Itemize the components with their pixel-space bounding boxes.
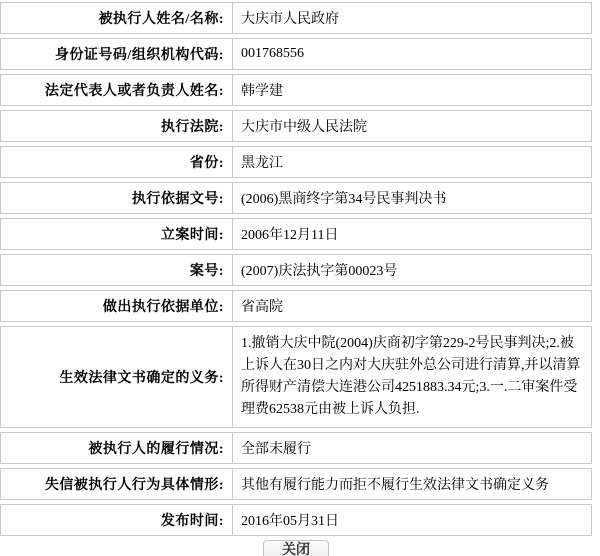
table-row: 被执行人的履行情况: 全部未履行 (0, 432, 592, 464)
table-row: 执行法院: 大庆市中级人民法院 (0, 110, 592, 142)
row-label: 被执行人的履行情况: (1, 433, 233, 463)
table-row: 执行依据文号: (2006)黑商终字第34号民事判决书 (0, 182, 592, 214)
table-row: 做出执行依据单位: 省高院 (0, 290, 592, 322)
row-value: 大庆市人民政府 (233, 3, 591, 33)
row-label: 失信被执行人行为具体情形: (1, 469, 233, 499)
row-label: 被执行人姓名/名称: (1, 3, 233, 33)
row-label: 身份证号码/组织机构代码: (1, 39, 233, 69)
row-label: 执行法院: (1, 111, 233, 141)
table-row: 法定代表人或者负责人姓名: 韩学建 (0, 74, 592, 106)
row-label: 执行依据文号: (1, 183, 233, 213)
close-button[interactable]: 关闭 (263, 540, 329, 556)
row-label: 立案时间: (1, 219, 233, 249)
row-label: 发布时间: (1, 505, 233, 535)
table-row: 案号: (2007)庆法执字第00023号 (0, 254, 592, 286)
row-label: 省份: (1, 147, 233, 177)
row-value: (2006)黑商终字第34号民事判决书 (233, 183, 591, 213)
row-label: 法定代表人或者负责人姓名: (1, 75, 233, 105)
table-row: 生效法律文书确定的义务: 1.撤销大庆中院(2004)庆商初字第229-2号民事… (0, 326, 592, 428)
enforcement-detail-table: 被执行人姓名/名称: 大庆市人民政府 身份证号码/组织机构代码: 0017685… (0, 2, 592, 536)
row-value: 1.撤销大庆中院(2004)庆商初字第229-2号民事判决;2.被上诉人在30日… (233, 327, 591, 427)
row-value: 省高院 (233, 291, 591, 321)
row-value: 韩学建 (233, 75, 591, 105)
table-row: 省份: 黑龙江 (0, 146, 592, 178)
row-value: 其他有履行能力而拒不履行生效法律文书确定义务 (233, 469, 591, 499)
row-value: (2007)庆法执字第00023号 (233, 255, 591, 285)
row-label: 生效法律文书确定的义务: (1, 327, 233, 427)
row-value: 全部未履行 (233, 433, 591, 463)
table-row: 发布时间: 2016年05月31日 (0, 504, 592, 536)
table-row: 身份证号码/组织机构代码: 001768556 (0, 38, 592, 70)
row-value: 大庆市中级人民法院 (233, 111, 591, 141)
button-bar: 关闭 (0, 540, 592, 556)
row-label: 做出执行依据单位: (1, 291, 233, 321)
table-row: 被执行人姓名/名称: 大庆市人民政府 (0, 2, 592, 34)
row-value: 黑龙江 (233, 147, 591, 177)
row-value: 2016年05月31日 (233, 505, 591, 535)
row-label: 案号: (1, 255, 233, 285)
table-row: 失信被执行人行为具体情形: 其他有履行能力而拒不履行生效法律文书确定义务 (0, 468, 592, 500)
row-value: 2006年12月11日 (233, 219, 591, 249)
table-row: 立案时间: 2006年12月11日 (0, 218, 592, 250)
row-value: 001768556 (233, 39, 591, 69)
